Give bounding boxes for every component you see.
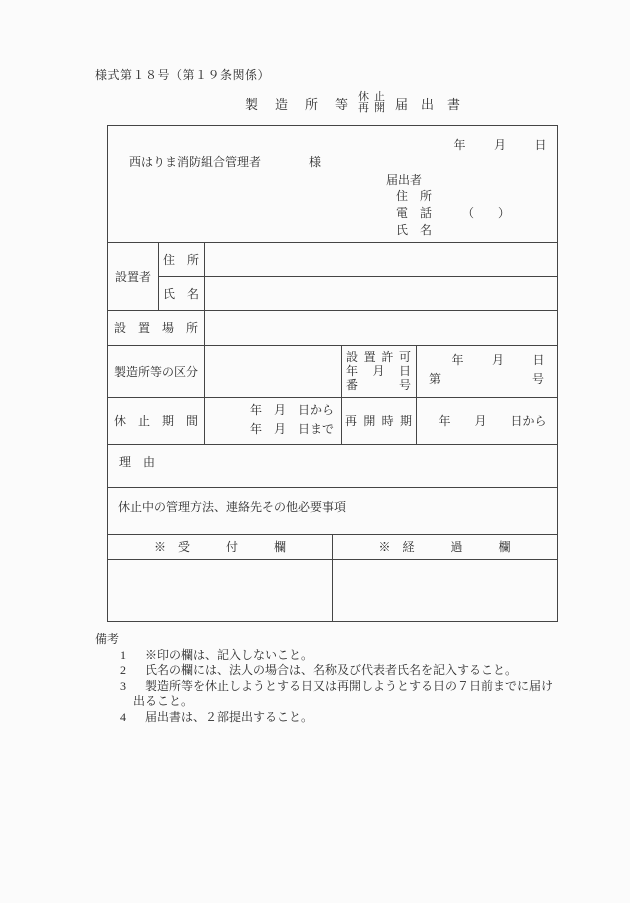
notifier-label: 届出者	[386, 171, 422, 188]
remark-text-line1: 製造所等を休止しようとする日又は再開しようとする日の７日前までに届け出る	[133, 679, 553, 709]
remarks-heading: 備考	[95, 632, 565, 648]
reception-field	[108, 559, 332, 621]
addressee-name: 西はりま消防組合管理者	[129, 153, 261, 170]
title-stack-bottom: 再開	[358, 103, 390, 115]
title-stacked-words: 休止 再開	[358, 92, 385, 115]
remark-item-3: 3 製造所等を休止しようとする日又は再開しようとする日の７日前までに届け出ること…	[95, 679, 565, 710]
permit-date-number-field: 年 月 日 第 号	[416, 345, 557, 397]
remarks-section: 備考 1 ※印の欄は、記入しないこと。 2 氏名の欄には、法人の場合は、名称及び…	[95, 632, 565, 725]
remark-text-continuation: こと。	[157, 694, 193, 708]
permit-label-line2: 年 月 日	[346, 364, 411, 378]
remark-item-2: 2 氏名の欄には、法人の場合は、名称及び代表者氏名を記入すること。	[95, 663, 565, 679]
remark-text: ※印の欄は、記入しないこと。	[145, 648, 313, 664]
installer-name-label: 氏 名	[158, 276, 204, 310]
remark-number: 3	[120, 679, 132, 695]
notifier-fields: 住 所 電 話（ ） 氏 名	[396, 188, 510, 239]
resume-time-field: 年 月 日から	[416, 397, 557, 444]
remark-number: 4	[120, 710, 132, 726]
permit-number-suffix: 号	[532, 370, 544, 389]
resume-time-label-cell: 再 開 時 期	[341, 397, 416, 444]
installer-label: 設置者	[108, 242, 158, 310]
addressee-line: 西はりま消防組合管理者 様	[129, 153, 321, 170]
notifier-address-line: 住 所	[396, 188, 510, 205]
notifier-phone-line: 電 話（ ）	[396, 205, 510, 222]
permit-number-line: 第 号	[416, 370, 557, 389]
category-field	[204, 345, 341, 397]
remark-text: 氏名の欄には、法人の場合は、名称及び代表者氏名を記入すること。	[145, 663, 517, 679]
suspension-to-line: 年 月 日まで	[204, 420, 334, 439]
permit-label-line3: 番 号	[346, 378, 411, 392]
date-line: 年 月 日	[348, 136, 557, 153]
addressee-honorific: 様	[309, 153, 321, 170]
resume-time-label: 再 開 時 期	[345, 412, 412, 429]
installer-address-label: 住 所	[158, 242, 204, 276]
location-label: 設 置 場 所	[108, 310, 204, 345]
remark-number: 1	[120, 648, 132, 664]
suspension-period-label: 休 止 期 間	[108, 397, 204, 444]
form-number: 様式第１８号（第１９条関係）	[95, 66, 270, 83]
document-title: 製造所等 休止 再開 届出書	[245, 90, 460, 116]
notifier-name-line: 氏 名	[396, 222, 510, 239]
remark-item-4: 4 届出書は、２部提出すること。	[95, 710, 565, 726]
permit-label-line1: 設 置 許 可	[346, 350, 411, 364]
reason-cell: 理 由	[108, 444, 557, 487]
notifier-phone-parens: （ ）	[462, 206, 510, 220]
suspension-from-line: 年 月 日から	[204, 401, 334, 420]
progress-field	[332, 559, 557, 621]
permit-date-number-label: 設 置 許 可 年 月 日 番 号	[341, 345, 416, 397]
installer-name-field	[204, 276, 557, 310]
management-method-cell: 休止中の管理方法、連絡先その他必要事項	[108, 487, 557, 534]
form-table: 年 月 日 西はりま消防組合管理者 様 届出者 住 所 電 話（ ） 氏 名 設…	[107, 125, 558, 622]
form-document-page: 様式第１８号（第１９条関係） 製造所等 休止 再開 届出書 年 月 日 西はりま…	[0, 0, 630, 903]
remark-text: 届出書は、２部提出すること。	[145, 710, 313, 726]
notifier-phone-label: 電 話	[396, 206, 432, 220]
installer-address-field	[204, 242, 557, 276]
permit-date-line: 年 月 日	[416, 351, 557, 370]
remark-item-1: 1 ※印の欄は、記入しないこと。	[95, 648, 565, 664]
notifier-name-label: 氏 名	[396, 223, 432, 237]
notifier-address-label: 住 所	[396, 189, 432, 203]
title-suffix: 届出書	[395, 94, 473, 113]
title-prefix: 製造所等	[245, 94, 365, 113]
category-label: 製造所等の区分	[108, 345, 204, 397]
permit-number-prefix: 第	[429, 370, 441, 389]
remark-number: 2	[120, 663, 132, 679]
suspension-period-field: 年 月 日から 年 月 日まで	[204, 397, 341, 444]
reception-column-header: ※ 受 付 欄	[108, 534, 332, 559]
remark-text: 製造所等を休止しようとする日又は再開しようとする日の７日前までに届け出ること。	[133, 679, 563, 710]
progress-column-header: ※ 経 過 欄	[332, 534, 557, 559]
location-field	[204, 310, 557, 345]
